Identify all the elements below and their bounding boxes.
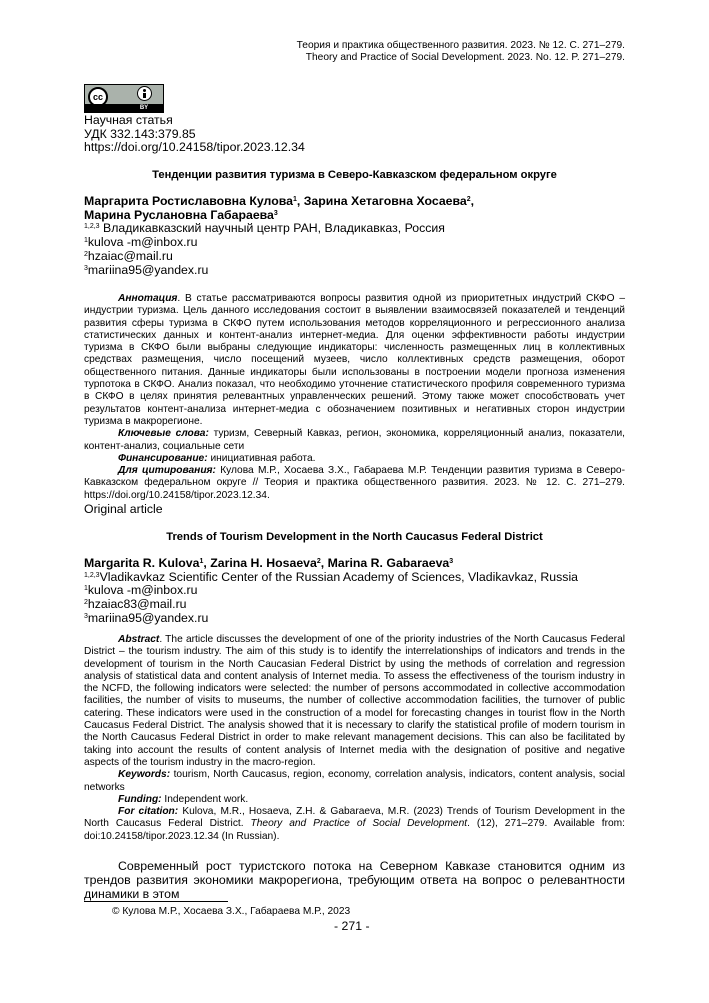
citation-ru: Для цитирования: Кулова М.Р., Хосаева З.… xyxy=(84,465,625,502)
affiliation-text: Владикавказский научный центр РАН, Влади… xyxy=(100,221,445,235)
funding-label: Funding: xyxy=(118,794,162,805)
abstract-text: . The article discusses the development … xyxy=(84,634,625,768)
copyright-footnote: © Кулова М.Р., Хосаева З.Х., Габараева М… xyxy=(112,906,350,917)
keywords-label: Keywords: xyxy=(118,769,170,780)
author-name: Марина Руслановна Габараева xyxy=(84,208,274,222)
email-sup: 2 xyxy=(84,599,88,606)
funding-label: Финансирование: xyxy=(118,453,208,464)
abstract-ru: Аннотация. В статье рассматриваются вопр… xyxy=(84,293,625,428)
email-link[interactable]: kulova -m@inbox.ru xyxy=(88,235,198,249)
email-sup: 3 xyxy=(84,265,88,272)
abstract-en: Abstract. The article discusses the deve… xyxy=(84,634,625,769)
email-row: 2hzaiac@mail.ru xyxy=(84,250,474,264)
affiliation-en: 1,2,3Vladikavkaz Scientific Center of th… xyxy=(84,571,578,585)
email-sup: 1 xyxy=(84,237,88,244)
author-sup: 3 xyxy=(274,210,278,217)
affiliation-sup: 1,2,3 xyxy=(84,223,100,230)
udc-code: УДК 332.143:379.85 xyxy=(84,128,305,142)
email-row: 1kulova -m@inbox.ru xyxy=(84,584,578,598)
citation-en: For citation: Kulova, M.R., Hosaeva, Z.H… xyxy=(84,806,625,843)
keywords-label: Ключевые слова: xyxy=(118,428,209,439)
email-link[interactable]: hzaiac83@mail.ru xyxy=(88,597,187,611)
author-sup: 2 xyxy=(317,558,321,565)
abstract-ru-block: Аннотация. В статье рассматриваются вопр… xyxy=(84,293,625,502)
article-type: Научная статья xyxy=(84,114,305,128)
abstract-label: Аннотация xyxy=(118,293,177,304)
keywords-ru: Ключевые слова: туризм, Северный Кавказ,… xyxy=(84,428,625,453)
email-row: 2hzaiac83@mail.ru xyxy=(84,598,578,612)
email-link[interactable]: kulova -m@inbox.ru xyxy=(88,583,198,597)
author-name: Маргарита Ростиславовна Кулова xyxy=(84,194,293,208)
citation-journal: Theory and Practice of Social Developmen… xyxy=(251,818,468,829)
author-name: Zarina H. Hosaeva xyxy=(210,556,317,570)
citation-label: For citation: xyxy=(118,806,178,817)
doi-link[interactable]: https://doi.org/10.24158/tipor.2023.12.3… xyxy=(84,141,305,155)
attribution-person-icon xyxy=(137,86,152,101)
article-type-en: Original article xyxy=(84,502,163,516)
email-row: 1kulova -m@inbox.ru xyxy=(84,236,474,250)
running-head-en: Theory and Practice of Social Developmen… xyxy=(297,52,625,64)
email-link[interactable]: mariina95@yandex.ru xyxy=(88,611,208,625)
abstract-label: Abstract xyxy=(118,634,159,645)
running-head-ru: Теория и практика общественного развития… xyxy=(297,40,625,52)
article-meta: Научная статья УДК 332.143:379.85 https:… xyxy=(84,114,305,155)
author-sup: 3 xyxy=(449,558,453,565)
funding-text: Independent work. xyxy=(162,794,249,805)
authors-en: Margarita R. Kulova1, Zarina H. Hosaeva2… xyxy=(84,557,578,626)
footnote-divider xyxy=(84,901,228,902)
funding-ru: Финансирование: инициативная работа. xyxy=(84,453,625,465)
email-link[interactable]: mariina95@yandex.ru xyxy=(88,263,208,277)
abstract-text: . В статье рассматриваются вопросы разви… xyxy=(84,293,625,427)
author-names-en: Margarita R. Kulova1, Zarina H. Hosaeva2… xyxy=(84,557,578,571)
funding-text: инициативная работа. xyxy=(208,453,316,464)
title-en: Trends of Tourism Development in the Nor… xyxy=(84,531,625,543)
email-link[interactable]: hzaiac@mail.ru xyxy=(88,249,173,263)
funding-en: Funding: Independent work. xyxy=(84,794,625,806)
author-name: Зарина Хетаговна Хосаева xyxy=(304,194,467,208)
author-sup: 1 xyxy=(293,196,297,203)
author-sup: 2 xyxy=(467,196,471,203)
citation-label: Для цитирования: xyxy=(118,465,216,476)
affiliation-ru: 1,2,3 Владикавказский научный центр РАН,… xyxy=(84,222,474,236)
email-sup: 2 xyxy=(84,251,88,258)
body-paragraph: Современный рост туристского потока на С… xyxy=(84,860,625,901)
abstract-en-block: Abstract. The article discusses the deve… xyxy=(84,634,625,843)
author-name: Margarita R. Kulova xyxy=(84,556,199,570)
keywords-en: Keywords: tourism, North Caucasus, regio… xyxy=(84,769,625,794)
page-number: - 271 - xyxy=(334,919,370,933)
cc-by-license-badge[interactable]: cc BY xyxy=(84,84,164,113)
running-head: Теория и практика общественного развития… xyxy=(297,40,625,64)
authors-ru: Маргарита Ростиславовна Кулова1, Зарина … xyxy=(84,195,474,277)
email-row: 3mariina95@yandex.ru xyxy=(84,264,474,278)
body-text: Современный рост туристского потока на С… xyxy=(84,860,625,901)
email-row: 3mariina95@yandex.ru xyxy=(84,612,578,626)
affiliation-sup: 1,2,3 xyxy=(84,572,100,579)
email-sup: 3 xyxy=(84,613,88,620)
author-name: Marina R. Gabaraeva xyxy=(328,556,450,570)
affiliation-text: Vladikavkaz Scientific Center of the Rus… xyxy=(100,570,578,584)
author-sup: 1 xyxy=(199,558,203,565)
author-names-ru: Маргарита Ростиславовна Кулова1, Зарина … xyxy=(84,195,474,222)
by-label: BY xyxy=(129,104,159,112)
email-sup: 1 xyxy=(84,585,88,592)
title-ru: Тенденции развития туризма в Северо-Кавк… xyxy=(84,169,625,181)
